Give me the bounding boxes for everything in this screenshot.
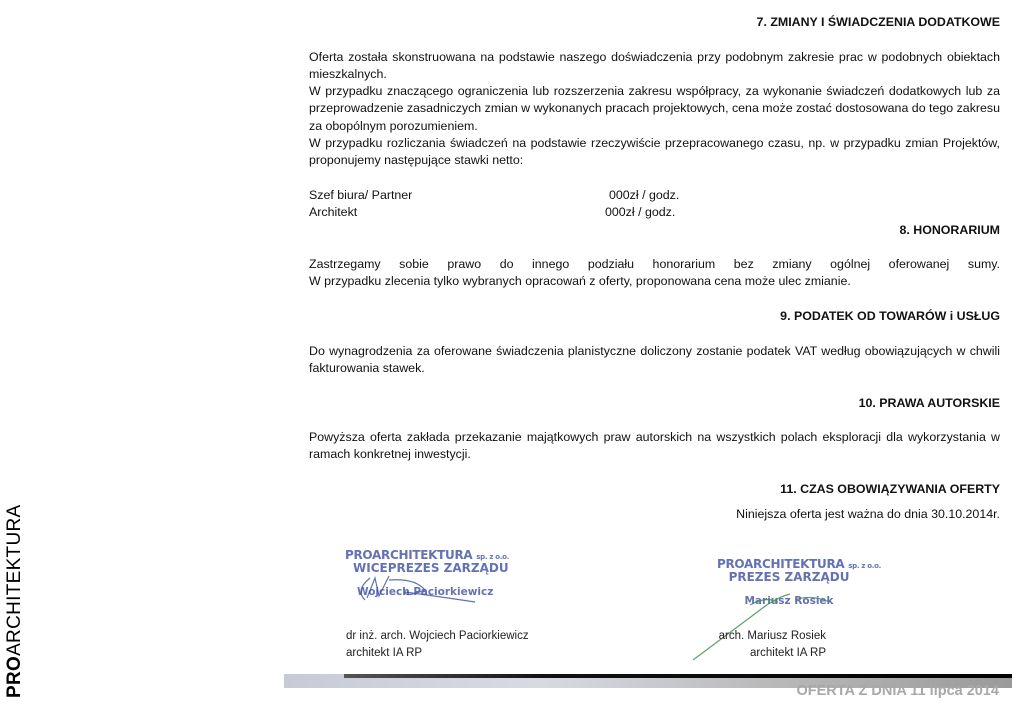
section-10-paragraph-1: Powyższa oferta zakłada przekazanie mają… <box>309 429 1000 464</box>
right-signatory: arch. Mariusz Rosiek architekt IA RP <box>700 628 826 662</box>
left-signatory-title: architekt IA RP <box>346 645 529 662</box>
right-signatory-name: arch. Mariusz Rosiek <box>700 628 826 645</box>
left-signatory: dr inż. arch. Wojciech Paciorkiewicz arc… <box>346 628 529 662</box>
section-10-heading: 10. PRAWA AUTORSKIE <box>309 395 1000 412</box>
left-handwritten-signature-icon <box>345 570 495 610</box>
section-8-paragraph-1: Zastrzegamy sobie prawo do innego podzia… <box>309 256 1000 273</box>
section-7-paragraph-2: W przypadku znaczącego ograniczenia lub … <box>309 83 1000 135</box>
rate-role: Szef biura/ Partner <box>309 187 609 204</box>
logo-bold-part: PRO <box>4 656 25 698</box>
section-7-heading: 7. ZMIANY I ŚWIADCZENIA DODATKOWE <box>309 14 1000 31</box>
footer-offer-date: OFERTA Z DNIA 11 lipca 2014 <box>796 683 999 699</box>
section-9-heading: 9. PODATEK OD TOWARÓW i USŁUG <box>309 308 1000 325</box>
vertical-company-logo: PROARCHITEKTURA <box>4 505 26 698</box>
left-signatory-name: dr inż. arch. Wojciech Paciorkiewicz <box>346 628 529 645</box>
right-signatory-title: architekt IA RP <box>700 645 826 662</box>
rate-role: Architekt <box>309 204 609 221</box>
rate-price: 000zł / godz. <box>609 187 729 204</box>
section-8-heading: 8. HONORARIUM <box>309 222 1000 239</box>
section-11-heading: 11. CZAS OBOWIĄZYWANIA OFERTY <box>309 481 1000 498</box>
rate-row: Architekt 000zł / godz. <box>309 204 1000 221</box>
section-9-paragraph-1: Do wynagrodzenia za oferowane świadczeni… <box>309 343 1000 378</box>
section-8-paragraph-2: W przypadku zlecenia tylko wybranych opr… <box>309 273 1000 290</box>
rate-row: Szef biura/ Partner 000zł / godz. <box>309 187 1000 204</box>
section-7-paragraph-3: W przypadku rozliczania świadczeń na pod… <box>309 135 1000 170</box>
document-body: 7. ZMIANY I ŚWIADCZENIA DODATKOWE Oferta… <box>309 14 1000 524</box>
section-7-paragraph-1: Oferta została skonstruowana na podstawi… <box>309 49 1000 84</box>
offer-validity-text: Niniejsza oferta jest ważna do dnia 30.1… <box>309 506 1000 523</box>
logo-rest-part: ARCHITEKTURA <box>4 505 25 656</box>
rate-price: 000zł / godz. <box>605 204 725 221</box>
